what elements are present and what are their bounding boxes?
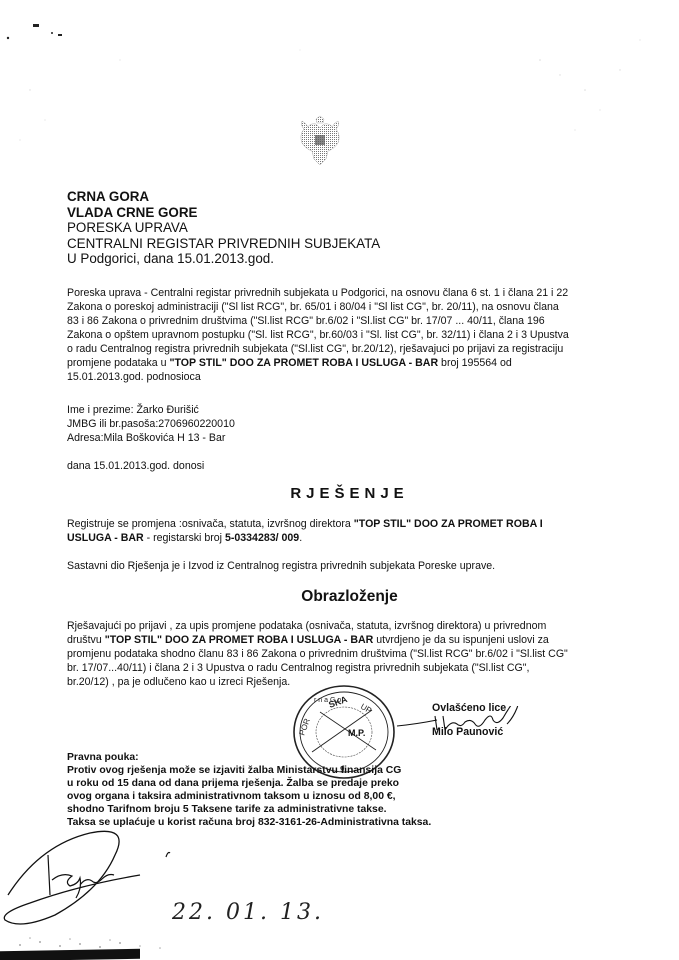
reasoning-paragraph: Rješavajući po prijavi , za upis promjen…: [67, 619, 627, 689]
decision-annex-note: Sastavni dio Rješenja je i Izvod iz Cent…: [67, 559, 627, 573]
intro-line: Zakona o opštem upravnom postupku ("Sl. …: [67, 328, 627, 342]
company-name: "TOP STIL" DOO ZA PROMET ROBA I USLUGA -…: [105, 634, 374, 646]
legal-notice: Pravna pouka: Protiv ovog rješenja može …: [67, 751, 447, 829]
reasoning-title: Obrazloženje: [0, 588, 679, 606]
stamp-mp: M.P.: [348, 728, 365, 738]
applicant-id: JMBG ili br.pasoša:2706960220010: [67, 417, 627, 431]
reasoning-line: društvu "TOP STIL" DOO ZA PROMET ROBA I …: [67, 633, 627, 647]
coat-of-arms-icon: [290, 113, 350, 173]
svg-text:POR: POR: [297, 717, 311, 737]
agency-name: PORESKA UPRAVA: [67, 220, 380, 236]
legal-notice-line: Protiv ovog rješenja može se izjaviti ža…: [67, 764, 447, 777]
intro-line: Zakona o poreskoj administraciji ("Sl li…: [67, 300, 627, 314]
scan-border-shadow: [0, 949, 140, 960]
company-name: "TOP STIL" DOO ZA PROMET ROBA I: [354, 518, 543, 530]
document-header: CRNA GORA VLADA CRNE GORE PORESKA UPRAVA…: [67, 189, 380, 267]
place-and-date: U Podgorici, dana 15.01.2013.god.: [67, 251, 380, 267]
decision-intro: dana 15.01.2013.god. donosi: [67, 459, 627, 473]
text: društvu: [67, 634, 105, 646]
handwritten-date: 22. 01. 13.: [172, 900, 324, 925]
legal-notice-line: shodno Tarifnom broju 5 Taksene tarife z…: [67, 803, 447, 816]
applicant-details: Ime i prezime: Žarko Đurišić JMBG ili br…: [67, 403, 627, 445]
text: - registarski broj: [144, 532, 225, 544]
text: Registruje se promjena :osnivača, statut…: [67, 518, 354, 530]
intro-paragraph: Poreska uprava - Centralni registar priv…: [67, 286, 627, 384]
reasoning-line: promjenu podataka shodno članu 83 i 86 Z…: [67, 647, 627, 661]
text: utvrdjeno je da su ispunjeni uslovi za: [373, 634, 549, 646]
intro-line: 83 i 86 Zakona o privrednim društvima ("…: [67, 314, 627, 328]
government-name: VLADA CRNE GORE: [67, 205, 380, 221]
reasoning-line: br. 17/07...40/11) i člana 2 i 3 Upustva…: [67, 661, 627, 675]
intro-line: 15.01.2013.god. podnosioca: [67, 370, 627, 384]
decision-title: RJEŠENJE: [0, 485, 679, 502]
text: broj 195564 od: [438, 357, 512, 369]
legal-notice-line: u roku od 15 dana od dana prijema rješen…: [67, 777, 447, 790]
decision-paragraph: Registruje se promjena :osnivača, statut…: [67, 517, 627, 545]
registry-name: CENTRALNI REGISTAR PRIVREDNIH SUBJEKATA: [67, 236, 380, 252]
intro-line: promjene podataka u "TOP STIL" DOO ZA PR…: [67, 356, 627, 370]
text: promjene podataka u: [67, 357, 169, 369]
svg-text:r n a G o: r n a G o: [314, 697, 341, 704]
intro-line: o radu Centralnog registra privrednih su…: [67, 342, 627, 356]
text: .: [299, 532, 302, 544]
intro-line: Poreska uprava - Centralni registar priv…: [67, 286, 627, 300]
country-name: CRNA GORA: [67, 189, 380, 205]
signatory-name: Milo Paunović: [432, 726, 503, 738]
svg-text:UP: UP: [359, 702, 373, 715]
applicant-name: Ime i prezime: Žarko Đurišić: [67, 403, 627, 417]
company-name: "TOP STIL" DOO ZA PROMET ROBA I USLUGA -…: [169, 357, 438, 369]
legal-notice-heading: Pravna pouka:: [67, 751, 447, 764]
company-name: USLUGA - BAR: [67, 532, 144, 544]
reasoning-line: Rješavajući po prijavi , za upis promjen…: [67, 619, 627, 633]
applicant-address: Adresa:Mila Boškovića H 13 - Bar: [67, 431, 627, 445]
registration-number: 5-0334283/ 009: [225, 532, 299, 544]
legal-notice-line: ovog organa i taksira administrativnom t…: [67, 790, 447, 803]
